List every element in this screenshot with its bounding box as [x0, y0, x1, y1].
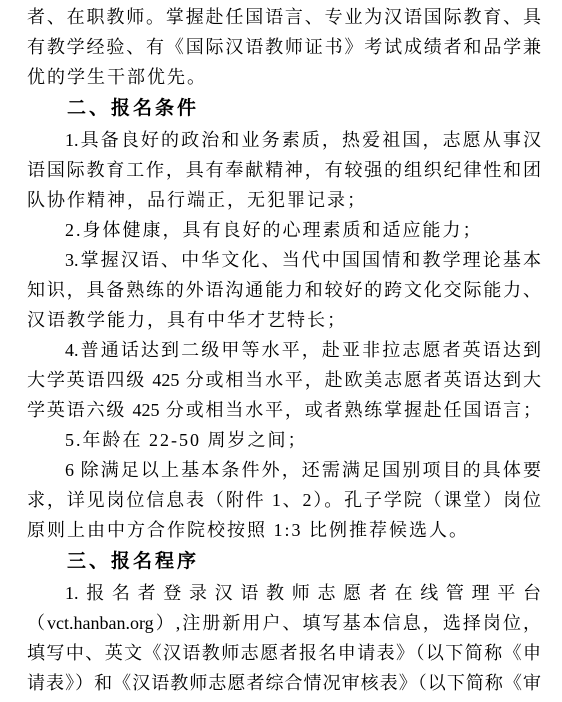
- text-line: 有教学经验、有《国际汉语教师证书》考试成绩者和品学兼: [27, 32, 541, 62]
- text-line: 1.具备良好的政治和业务素质，热爱祖国，志愿从事汉: [27, 125, 541, 155]
- text-line: 4.普通话达到二级甲等水平，赴亚非拉志愿者英语达到: [27, 335, 541, 365]
- text-line: 3.掌握汉语、中华文化、当代中国国情和教学理论基本: [27, 245, 541, 275]
- text-line: 者、在职教师。掌握赴任国语言、专业为汉语国际教育、具: [27, 2, 541, 32]
- text-line: 2.身体健康，具有良好的心理素质和适应能力；: [27, 215, 541, 245]
- text-line: 原则上由中方合作院校按照 1:3 比例推荐候选人。: [27, 515, 541, 545]
- text-line: 优的学生干部优先。: [27, 62, 541, 92]
- text-line: 大学英语四级 425 分或相当水平，赴欧美志愿者英语达到大: [27, 365, 541, 395]
- section-heading-application-procedure: 三、报名程序: [27, 545, 541, 578]
- document-page: 者、在职教师。掌握赴任国语言、专业为汉语国际教育、具 有教学经验、有《国际汉语教…: [0, 0, 562, 702]
- section-heading-application-requirements: 二、报名条件: [27, 92, 541, 125]
- text-line: 汉语教学能力，具有中华才艺特长；: [27, 305, 541, 335]
- text-line: 5.年龄在 22-50 周岁之间；: [27, 425, 541, 455]
- text-line: 队协作精神，品行端正，无犯罪记录；: [27, 185, 541, 215]
- text-line: 填写中、英文《汉语教师志愿者报名申请表》（以下简称《申: [27, 638, 541, 668]
- text-line: 求，详见岗位信息表（附件 1、2）。孔子学院（课堂）岗位: [27, 485, 541, 515]
- text-line: 语国际教育工作，具有奉献精神，有较强的组织纪律性和团: [27, 155, 541, 185]
- text-line: 1.报名者登录汉语教师志愿者在线管理平台: [27, 578, 541, 608]
- text-line: （vct.hanban.org）,注册新用户、填写基本信息，选择岗位，: [27, 608, 541, 638]
- text-line: 知识，具备熟练的外语沟通能力和较好的跨文化交际能力、: [27, 275, 541, 305]
- text-line: 请表》）和《汉语教师志愿者综合情况审核表》（以下简称《审: [27, 668, 541, 698]
- text-line: 6 除满足以上基本条件外，还需满足国别项目的具体要: [27, 455, 541, 485]
- text-line: 学英语六级 425 分或相当水平，或者熟练掌握赴任国语言；: [27, 395, 541, 425]
